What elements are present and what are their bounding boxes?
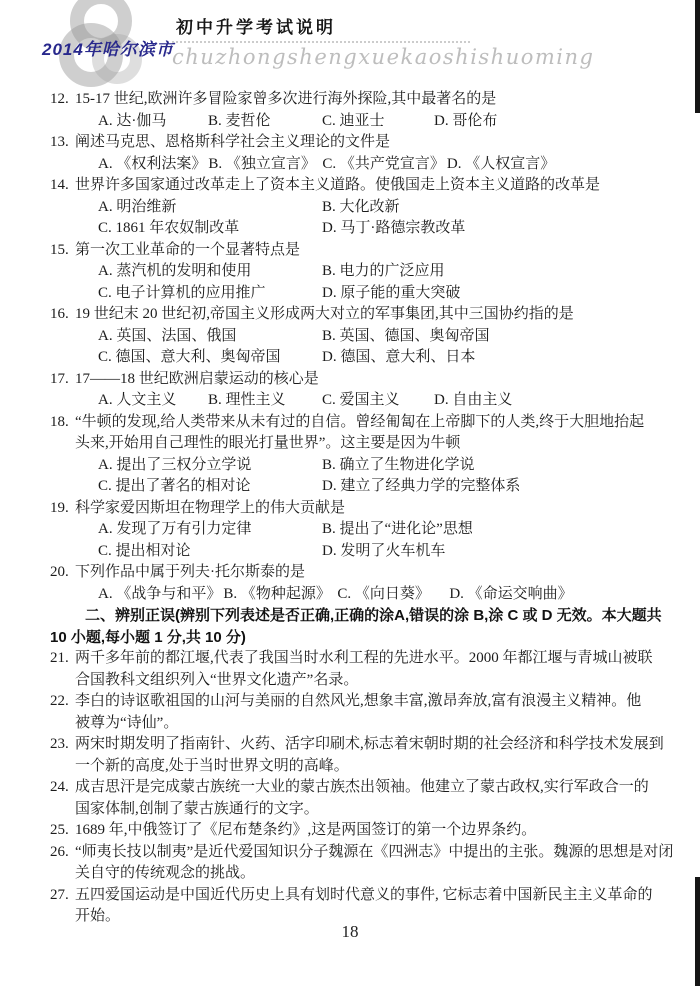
question-stem-text: 1689 年,中俄签订了《尼布楚条约》,这是两国签订的第一个边界条约。 <box>75 822 536 838</box>
question-number: 27. <box>50 885 75 907</box>
question-item: 25.1689 年,中俄签订了《尼布楚条约》,这是两国签订的第一个边界条约。 <box>50 820 700 842</box>
question-stem-line: 25.1689 年,中俄签订了《尼布楚条约》,这是两国签订的第一个边界条约。 <box>50 820 700 842</box>
question-stem-line: 关自守的传统观念的挑战。 <box>50 863 700 885</box>
question-number: 26. <box>50 842 75 864</box>
question-item: 21.两千多年前的都江堰,代表了我国当时水利工程的先进水平。2000 年都江堰与… <box>50 648 700 691</box>
option-row: C. 电子计算机的应用推广D. 原子能的重大突破 <box>50 283 700 305</box>
answer-option: D. 发明了火车机车 <box>322 541 445 563</box>
question-number: 15. <box>50 240 75 262</box>
answer-option: B. 确立了生物进化学说 <box>322 455 475 477</box>
question-number: 20. <box>50 562 75 584</box>
option-row: A. 《权利法案》B. 《独立宣言》C. 《共产党宣言》D. 《人权宣言》 <box>50 154 700 176</box>
question-stem-text: 19 世纪末 20 世纪初,帝国主义形成两大对立的军事集团,其中三国协约指的是 <box>75 306 574 322</box>
answer-option: B. 英国、德国、奥匈帝国 <box>322 326 490 348</box>
question-number: 22. <box>50 691 75 713</box>
option-row: A. 明治维新B. 大化改新 <box>50 197 700 219</box>
answer-option: A. 发现了万有引力定律 <box>98 519 320 541</box>
question-stem-text: 被尊为“诗仙”。 <box>75 715 178 731</box>
option-row: C. 提出相对论D. 发明了火车机车 <box>50 541 700 563</box>
question-stem-line: 12.15-17 世纪,欧洲许多冒险家曾多次进行海外探险,其中最著名的是 <box>50 89 700 111</box>
scan-edge-mark-top <box>695 0 700 113</box>
option-row: A. 提出了三权分立学说B. 确立了生物进化学说 <box>50 455 700 477</box>
option-row: A. 蒸汽机的发明和使用B. 电力的广泛应用 <box>50 261 700 283</box>
answer-option: D. 建立了经典力学的完整体系 <box>322 476 520 498</box>
answer-option: A. 蒸汽机的发明和使用 <box>98 261 320 283</box>
question-number: 25. <box>50 820 75 842</box>
question-stem-text: 成吉思汗是完成蒙古族统一大业的蒙古族杰出领袖。他建立了蒙古政权,实行军政合一的 <box>75 779 649 795</box>
answer-option: B. 提出了“进化论”思想 <box>322 519 473 541</box>
question-stem-line: 19.科学家爱因斯坦在物理学上的伟大贡献是 <box>50 498 700 520</box>
question-item: 14.世界许多国家通过改革走上了资本主义道路。使俄国走上资本主义道路的改革是A.… <box>50 175 700 240</box>
answer-option: D. 德国、意大利、日本 <box>322 347 475 369</box>
question-item: 17.17——18 世纪欧洲启蒙运动的核心是A. 人文主义B. 理性主义C. 爱… <box>50 369 700 412</box>
multiple-choice-list: 12.15-17 世纪,欧洲许多冒险家曾多次进行海外探险,其中最著名的是A. 达… <box>50 89 700 605</box>
answer-option: A. 人文主义 <box>98 390 206 412</box>
question-area: 12.15-17 世纪,欧洲许多冒险家曾多次进行海外探险,其中最著名的是A. 达… <box>0 89 700 928</box>
answer-option: D. 自由主义 <box>434 390 512 412</box>
section-header-line2: 10 小题,每小题 1 分,共 10 分) <box>50 627 700 649</box>
question-number: 14. <box>50 175 75 197</box>
exam-document-page: 2014年哈尔滨市 初中升学考试说明 chuzhongshengxuekaosh… <box>0 0 700 986</box>
option-row: C. 1861 年农奴制改革D. 马丁·路德宗教改革 <box>50 218 700 240</box>
question-stem-text: 世界许多国家通过改革走上了资本主义道路。使俄国走上资本主义道路的改革是 <box>75 177 600 193</box>
answer-option: A. 《战争与和平》 <box>98 584 221 606</box>
question-number: 19. <box>50 498 75 520</box>
question-number: 13. <box>50 132 75 154</box>
answer-option: B. 《独立宣言》 <box>208 154 320 176</box>
question-stem-line: 一个新的高度,处于当时世界文明的高峰。 <box>50 756 700 778</box>
answer-option: C. 迪亚士 <box>322 111 432 133</box>
answer-option: D. 哥伦布 <box>434 111 497 133</box>
answer-option: B. 麦哲伦 <box>208 111 320 133</box>
question-stem-line: 27.五四爱国运动是中国近代历史上具有划时代意义的事件, 它标志着中国新民主主义… <box>50 885 700 907</box>
answer-option: A. 提出了三权分立学说 <box>98 455 320 477</box>
answer-option: C. 提出相对论 <box>98 541 320 563</box>
answer-option: A. 达·伽马 <box>98 111 206 133</box>
question-stem-line: 22.李白的诗讴歌祖国的山河与美丽的自然风光,想象丰富,激昂奔放,富有浪漫主义精… <box>50 691 700 713</box>
question-item: 20.下列作品中属于列夫·托尔斯泰的是A. 《战争与和平》B. 《物种起源》C.… <box>50 562 700 605</box>
option-row: A. 达·伽马B. 麦哲伦C. 迪亚士D. 哥伦布 <box>50 111 700 133</box>
dotted-divider <box>172 41 470 43</box>
question-item: 15.第一次工业革命的一个显著特点是A. 蒸汽机的发明和使用B. 电力的广泛应用… <box>50 240 700 305</box>
question-stem-line: 15.第一次工业革命的一个显著特点是 <box>50 240 700 262</box>
question-stem-text: 国家体制,创制了蒙古族通行的文字。 <box>75 801 319 817</box>
question-stem-text: 17——18 世纪欧洲启蒙运动的核心是 <box>75 371 319 387</box>
question-number: 18. <box>50 412 75 434</box>
question-stem-text: 李白的诗讴歌祖国的山河与美丽的自然风光,想象丰富,激昂奔放,富有浪漫主义精神。他 <box>75 693 641 709</box>
question-item: 24.成吉思汗是完成蒙古族统一大业的蒙古族杰出领袖。他建立了蒙古政权,实行军政合… <box>50 777 700 820</box>
question-stem-text: 关自守的传统观念的挑战。 <box>75 865 255 881</box>
answer-option: D. 马丁·路德宗教改革 <box>322 218 465 240</box>
answer-option: C. 电子计算机的应用推广 <box>98 283 320 305</box>
question-stem-line: 14.世界许多国家通过改革走上了资本主义道路。使俄国走上资本主义道路的改革是 <box>50 175 700 197</box>
scan-edge-mark-bottom <box>695 877 700 986</box>
option-row: A. 发现了万有引力定律B. 提出了“进化论”思想 <box>50 519 700 541</box>
question-stem-line: 国家体制,创制了蒙古族通行的文字。 <box>50 799 700 821</box>
question-stem-text: 一个新的高度,处于当时世界文明的高峰。 <box>75 758 349 774</box>
question-stem-text: “牛顿的发现,给人类带来从未有过的自信。曾经匍匐在上帝脚下的人类,终于大胆地抬起 <box>75 414 644 430</box>
answer-option: C. 提出了著名的相对论 <box>98 476 320 498</box>
question-number: 12. <box>50 89 75 111</box>
question-stem-text: 两千多年前的都江堰,代表了我国当时水利工程的先进水平。2000 年都江堰与青城山… <box>75 650 653 666</box>
answer-option: B. 电力的广泛应用 <box>322 261 445 283</box>
question-stem-text: 合国教科文组织列入“世界文化遗产”名录。 <box>75 672 358 688</box>
answer-option: C. 《共产党宣言》 <box>322 154 445 176</box>
question-stem-line: 20.下列作品中属于列夫·托尔斯泰的是 <box>50 562 700 584</box>
question-number: 24. <box>50 777 75 799</box>
question-stem-text: 下列作品中属于列夫·托尔斯泰的是 <box>75 564 305 580</box>
question-stem-text: 两宋时期发明了指南针、火药、活字印刷术,标志着宋朝时期的社会经济和科学技术发展到 <box>75 736 664 752</box>
answer-option: A. 明治维新 <box>98 197 320 219</box>
question-stem-text: 头来,开始用自己理性的眼光打量世界”。这主要是因为牛顿 <box>75 435 460 451</box>
question-stem-text: “师夷长技以制夷”是近代爱国知识分子魏源在《四洲志》中提出的主张。魏源的思想是对… <box>75 844 673 860</box>
question-stem-line: 合国教科文组织列入“世界文化遗产”名录。 <box>50 670 700 692</box>
option-row: A. 《战争与和平》B. 《物种起源》C. 《向日葵》D. 《命运交响曲》 <box>50 584 700 606</box>
question-stem-line: 16.19 世纪末 20 世纪初,帝国主义形成两大对立的军事集团,其中三国协约指… <box>50 304 700 326</box>
answer-option: A. 英国、法国、俄国 <box>98 326 320 348</box>
question-number: 21. <box>50 648 75 670</box>
option-row: C. 提出了著名的相对论D. 建立了经典力学的完整体系 <box>50 476 700 498</box>
answer-option: C. 爱国主义 <box>322 390 432 412</box>
question-number: 16. <box>50 304 75 326</box>
question-item: 12.15-17 世纪,欧洲许多冒险家曾多次进行海外探险,其中最著名的是A. 达… <box>50 89 700 132</box>
question-stem-line: 23.两宋时期发明了指南针、火药、活字印刷术,标志着宋朝时期的社会经济和科学技术… <box>50 734 700 756</box>
question-item: 18.“牛顿的发现,给人类带来从未有过的自信。曾经匍匐在上帝脚下的人类,终于大胆… <box>50 412 700 498</box>
question-item: 16.19 世纪末 20 世纪初,帝国主义形成两大对立的军事集团,其中三国协约指… <box>50 304 700 369</box>
question-stem-text: 15-17 世纪,欧洲许多冒险家曾多次进行海外探险,其中最著名的是 <box>75 91 496 107</box>
question-stem-line: 17.17——18 世纪欧洲启蒙运动的核心是 <box>50 369 700 391</box>
question-stem-text: 五四爱国运动是中国近代历史上具有划时代意义的事件, 它标志着中国新民主主义革命的 <box>75 887 653 903</box>
question-stem-line: 26.“师夷长技以制夷”是近代爱国知识分子魏源在《四洲志》中提出的主张。魏源的思… <box>50 842 700 864</box>
answer-option: C. 《向日葵》 <box>337 584 447 606</box>
question-number: 23. <box>50 734 75 756</box>
question-item: 23.两宋时期发明了指南针、火药、活字印刷术,标志着宋朝时期的社会经济和科学技术… <box>50 734 700 777</box>
answer-option: D. 《人权宣言》 <box>447 154 555 176</box>
answer-option: A. 《权利法案》 <box>98 154 206 176</box>
question-item: 26.“师夷长技以制夷”是近代爱国知识分子魏源在《四洲志》中提出的主张。魏源的思… <box>50 842 700 885</box>
section-header-line1: 二、辨别正误(辨别下列表述是否正确,正确的涂A,错误的涂 B,涂 C 或 D 无… <box>50 605 700 627</box>
question-stem-line: 头来,开始用自己理性的眼光打量世界”。这主要是因为牛顿 <box>50 433 700 455</box>
question-stem-line: 13.阐述马克思、恩格斯科学社会主义理论的文件是 <box>50 132 700 154</box>
option-row: A. 英国、法国、俄国B. 英国、德国、奥匈帝国 <box>50 326 700 348</box>
question-stem-line: 18.“牛顿的发现,给人类带来从未有过的自信。曾经匍匐在上帝脚下的人类,终于大胆… <box>50 412 700 434</box>
question-stem-line: 24.成吉思汗是完成蒙古族统一大业的蒙古族杰出领袖。他建立了蒙古政权,实行军政合… <box>50 777 700 799</box>
answer-option: D. 《命运交响曲》 <box>449 584 572 606</box>
page-number: 18 <box>0 922 700 942</box>
answer-option: B. 大化改新 <box>322 197 400 219</box>
question-item: 19.科学家爱因斯坦在物理学上的伟大贡献是A. 发现了万有引力定律B. 提出了“… <box>50 498 700 563</box>
answer-option: C. 1861 年农奴制改革 <box>98 218 320 240</box>
option-row: C. 德国、意大利、奥匈帝国D. 德国、意大利、日本 <box>50 347 700 369</box>
answer-option: C. 德国、意大利、奥匈帝国 <box>98 347 320 369</box>
title-pinyin: chuzhongshengxuekaoshishuoming <box>172 45 594 69</box>
true-false-list: 21.两千多年前的都江堰,代表了我国当时水利工程的先进水平。2000 年都江堰与… <box>50 648 700 928</box>
answer-option: B. 《物种起源》 <box>223 584 335 606</box>
answer-option: B. 理性主义 <box>208 390 320 412</box>
question-stem-line: 21.两千多年前的都江堰,代表了我国当时水利工程的先进水平。2000 年都江堰与… <box>50 648 700 670</box>
question-stem-line: 被尊为“诗仙”。 <box>50 713 700 735</box>
question-item: 22.李白的诗讴歌祖国的山河与美丽的自然风光,想象丰富,激昂奔放,富有浪漫主义精… <box>50 691 700 734</box>
question-stem-text: 科学家爱因斯坦在物理学上的伟大贡献是 <box>75 500 345 516</box>
edition-year-city: 2014年哈尔滨市 <box>42 35 174 60</box>
question-stem-text: 第一次工业革命的一个显著特点是 <box>75 242 300 258</box>
question-item: 13.阐述马克思、恩格斯科学社会主义理论的文件是A. 《权利法案》B. 《独立宣… <box>50 132 700 175</box>
question-number: 17. <box>50 369 75 391</box>
answer-option: D. 原子能的重大突破 <box>322 283 460 305</box>
option-row: A. 人文主义B. 理性主义C. 爱国主义D. 自由主义 <box>50 390 700 412</box>
question-stem-text: 阐述马克思、恩格斯科学社会主义理论的文件是 <box>75 134 390 150</box>
document-title: 初中升学考试说明 <box>176 13 336 38</box>
